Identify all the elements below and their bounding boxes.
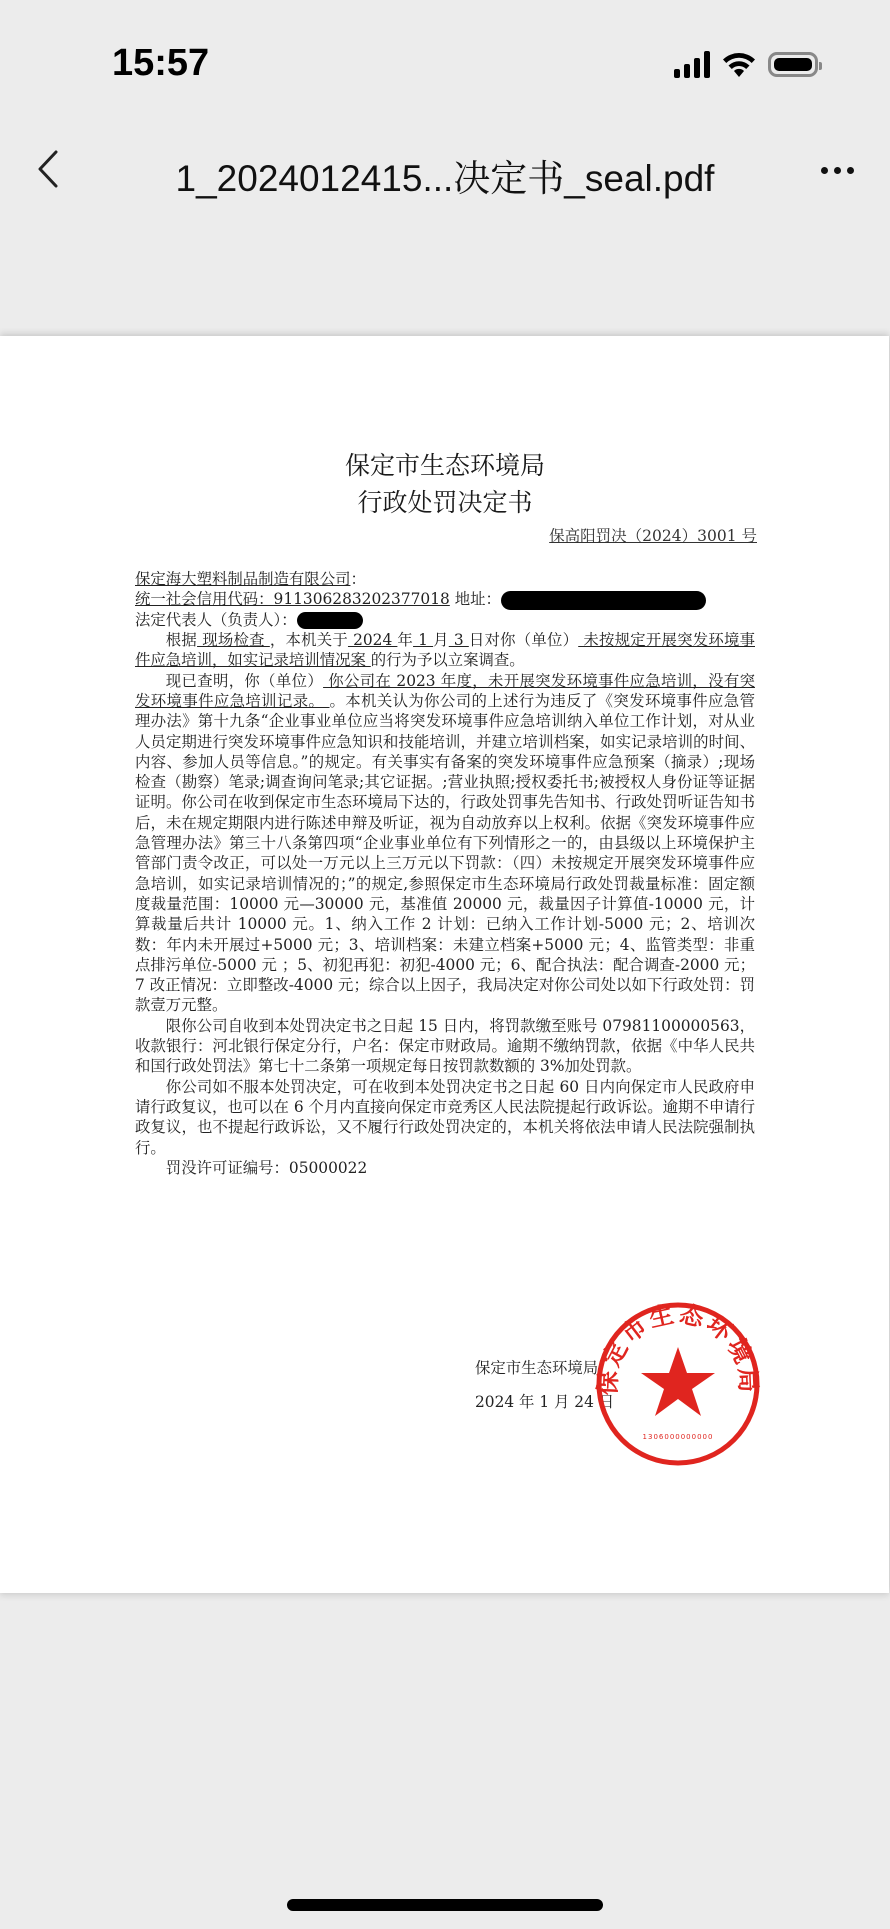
signature-organization: 保定市生态环境局 xyxy=(475,1356,598,1378)
permit-number: 罚没许可证编号：05000022 xyxy=(135,1158,755,1178)
star-icon xyxy=(641,1347,715,1416)
party-credit-line: 统一社会信用代码：911306283202377018 地址： xyxy=(135,589,755,610)
file-title: 1_2024012415...决定书_seal.pdf xyxy=(0,148,890,202)
party-company-line: 保定海大塑料制品制造有限公司： xyxy=(135,569,755,589)
nav-bar: 1_2024012415...决定书_seal.pdf xyxy=(0,130,890,210)
company-name: 保定海大塑料制品制造有限公司 xyxy=(135,570,350,588)
paragraph-findings: 现已查明，你（单位） 你公司在 2023 年度，未开展突发环境事件应急培训，没有… xyxy=(135,671,755,1016)
pdf-page[interactable]: 保定市生态环境局 行政处罚决定书 保高阳罚决（2024）3001 号 保定海大塑… xyxy=(0,336,889,1593)
document-number: 保高阳罚决（2024）3001 号 xyxy=(549,524,757,546)
official-red-seal: 保定市生态环境局 1306000000000 xyxy=(593,1299,763,1469)
redacted-legal-rep xyxy=(297,612,363,629)
svg-text:1306000000000: 1306000000000 xyxy=(643,1433,714,1441)
credit-code: 911306283202377018 xyxy=(274,590,450,608)
party-legal-rep-line: 法定代表人（负责人）： xyxy=(135,610,755,630)
status-icons xyxy=(674,50,818,78)
cellular-signal-icon xyxy=(674,50,710,78)
document-body: 保定海大塑料制品制造有限公司： 统一社会信用代码：911306283202377… xyxy=(135,569,755,1178)
status-time: 15:57 xyxy=(112,42,209,85)
status-bar: 15:57 xyxy=(0,0,890,110)
issuing-authority-title: 保定市生态环境局 xyxy=(135,446,755,482)
redacted-address xyxy=(501,591,706,610)
battery-icon xyxy=(768,52,818,77)
ellipsis-icon xyxy=(821,167,828,174)
wifi-icon xyxy=(722,50,756,78)
paragraph-appeal: 你公司如不服本处罚决定，可在收到本处罚决定书之日起 60 日内向保定市人民政府申… xyxy=(135,1077,755,1158)
more-options-button[interactable] xyxy=(812,150,862,190)
home-indicator[interactable] xyxy=(287,1899,603,1911)
paragraph-case-filing: 根据 现场检查 ，本机关于 2024 年 1 月 3 日对你（单位） 未按规定开… xyxy=(135,630,755,671)
paragraph-payment: 限你公司自收到本处罚决定书之日起 15 日内，将罚款缴至账号 079811000… xyxy=(135,1016,755,1077)
document-type-title: 行政处罚决定书 xyxy=(135,483,755,519)
